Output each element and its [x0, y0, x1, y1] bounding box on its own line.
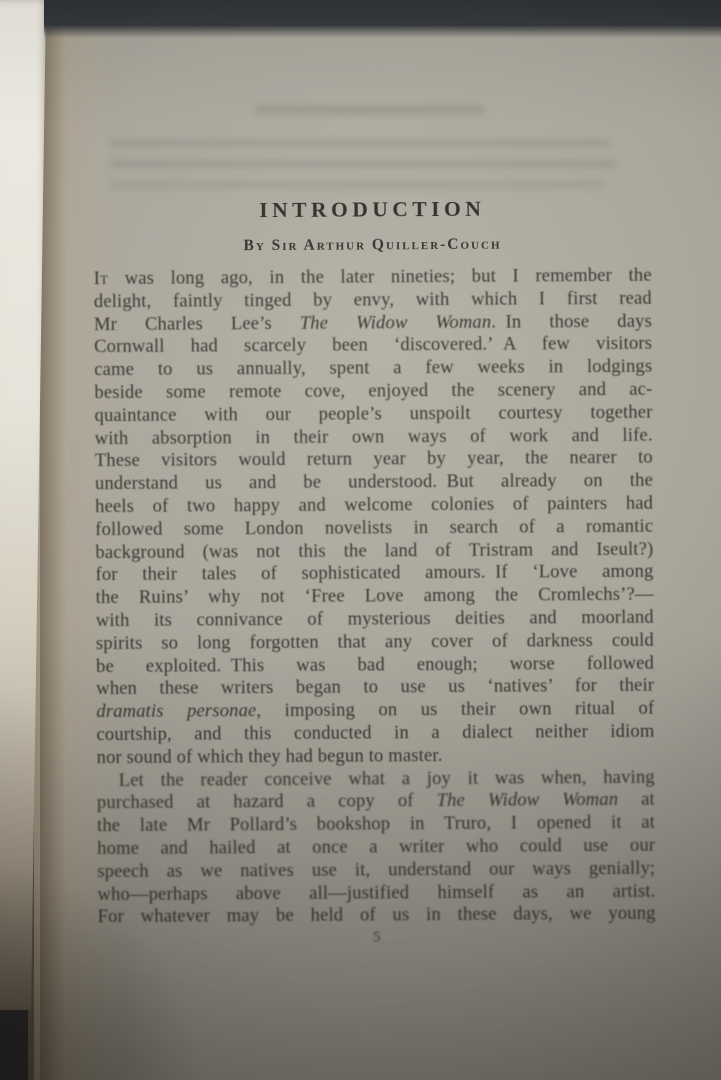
italic-text: The Widow Woman — [300, 311, 492, 333]
text-segment: beside some remote cove, enjoyed the sce… — [94, 379, 652, 403]
book-page-photo: INTRODUCTION By Sir Arthur Quiller-Couch… — [0, 0, 721, 1080]
text-line: Mr Charles Lee’s The Widow Woman. In tho… — [94, 310, 652, 336]
text-segment: . In those days — [491, 310, 652, 332]
text-line: nor sound of which they had begun to mas… — [97, 743, 655, 769]
page-title: INTRODUCTION — [93, 196, 651, 224]
text-segment: at — [618, 789, 655, 810]
text-line: for their tales of sophisticated amours.… — [95, 561, 653, 587]
text-line: understand us and be understood. But alr… — [95, 470, 653, 496]
text-segment: speech as we natives use it, understand … — [97, 857, 655, 881]
ghost-text-line — [110, 181, 605, 189]
text-line: heels of two happy and welcome colonies … — [95, 493, 653, 519]
text-line: beside some remote cove, enjoyed the sce… — [94, 379, 652, 405]
text-segment: , imposing on us their own ritual of — [256, 698, 654, 721]
text-line: who—perhaps above all—justified himself … — [97, 880, 655, 906]
text-segment: delight, faintly tinged by envy, with wh… — [94, 287, 652, 311]
text-segment: the late Mr Pollard’s bookshop in Truro,… — [97, 812, 655, 836]
text-line: the late Mr Pollard’s bookshop in Truro,… — [97, 812, 655, 838]
text-line: purchased at hazard a copy of The Widow … — [97, 789, 655, 815]
text-line: the Ruins’ why not ‘Free Love among the … — [96, 584, 654, 610]
ghost-text-line — [110, 160, 615, 168]
text-line: delight, faintly tinged by envy, with wh… — [94, 287, 652, 313]
text-line: These visitors would return year by year… — [95, 447, 653, 473]
text-segment: followed some London novelists in search… — [95, 515, 653, 539]
italic-text: The Widow Woman — [437, 789, 619, 811]
text-line: Let the reader conceive what a joy it wa… — [97, 766, 655, 792]
text-line: courtship, and this conducted in a diale… — [96, 721, 654, 747]
text-segment: came to us annually, spent a few weeks i… — [94, 356, 652, 380]
paragraph: Let the reader conceive what a joy it wa… — [97, 766, 656, 929]
text-segment: home and hailed at once a writer who cou… — [97, 835, 655, 859]
text-segment: background (was not this the land of Tri… — [95, 538, 653, 562]
text-line: came to us annually, spent a few weeks i… — [94, 356, 652, 382]
text-line: home and hailed at once a writer who cou… — [97, 835, 655, 861]
text-line: speech as we natives use it, understand … — [97, 857, 655, 883]
text-segment: who—perhaps above all—justified himself … — [97, 880, 655, 904]
text-segment: with its connivance of mysterious deitie… — [96, 607, 654, 631]
text-line: spirits so long forgotten that any cover… — [96, 629, 654, 655]
text-line: Cornwall had scarcely been ‘discovered.’… — [94, 333, 652, 359]
text-segment: purchased at hazard a copy of — [97, 790, 437, 813]
text-line: when these writers began to use us ‘nati… — [96, 675, 654, 701]
text-segment: heels of two happy and welcome colonies … — [95, 493, 653, 517]
text-segment: be exploited. This was bad enough; worse… — [96, 652, 654, 676]
text-line: dramatis personae, imposing on us their … — [96, 698, 654, 724]
text-line: with absorption in their own ways of wor… — [95, 424, 653, 450]
text-segment: was long ago, in the later nineties; but… — [108, 265, 652, 289]
text-line: with its connivance of mysterious deitie… — [96, 607, 654, 633]
text-segment: with absorption in their own ways of wor… — [95, 424, 653, 448]
gutter-shadow — [40, 0, 66, 1080]
paragraph: It was long ago, in the later nineties; … — [94, 265, 655, 770]
text-segment: spirits so long forgotten that any cover… — [96, 629, 654, 653]
text-segment: courtship, and this conducted in a diale… — [96, 721, 654, 745]
top-shadow-band — [44, 0, 721, 38]
text-line: It was long ago, in the later nineties; … — [94, 265, 652, 291]
text-segment: quaintance with our people’s unspoilt co… — [94, 401, 652, 425]
text-segment: These visitors would return year by year… — [95, 447, 653, 471]
text-segment: Let the reader conceive what a joy it wa… — [119, 766, 655, 790]
text-line: be exploited. This was bad enough; worse… — [96, 652, 654, 678]
ghost-text-line — [255, 106, 485, 114]
text-segment: nor sound of which they had begun to mas… — [97, 745, 443, 768]
text-segment: Mr Charles Lee’s — [94, 312, 300, 334]
text-line: background (was not this the land of Tri… — [95, 538, 653, 564]
ghost-text-line — [110, 139, 610, 147]
text-segment: when these writers began to use us ‘nati… — [96, 675, 654, 699]
text-segment: For whatever may be held of us in these … — [98, 903, 656, 927]
text-line: For whatever may be held of us in these … — [98, 903, 656, 929]
italic-text: dramatis personae — [96, 700, 256, 722]
text-segment: for their tales of sophisticated amours.… — [95, 561, 653, 585]
text-line: quaintance with our people’s unspoilt co… — [94, 401, 652, 427]
body-text: It was long ago, in the later nineties; … — [94, 265, 656, 930]
byline: By Sir Arthur Quiller-Couch — [93, 235, 651, 256]
text-segment: Cornwall had scarcely been ‘discovered.’… — [94, 333, 652, 357]
text-segment: the Ruins’ why not ‘Free Love among the … — [96, 584, 654, 608]
small-caps-text: It — [94, 268, 109, 289]
text-segment: understand us and be understood. But alr… — [95, 470, 653, 494]
page-number: 5 — [98, 928, 656, 948]
text-line: followed some London novelists in search… — [95, 515, 653, 541]
